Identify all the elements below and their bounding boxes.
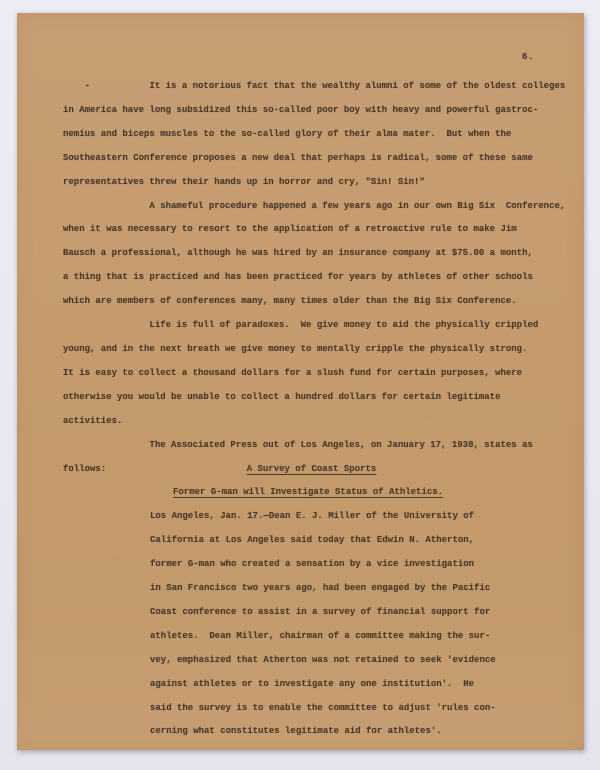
follows-label: follows: <box>63 458 106 482</box>
page-number: 6. <box>522 51 534 63</box>
ap-quote-block: Los Angeles, Jan. 17.—Dean E. J. Miller … <box>150 505 560 744</box>
paragraph-paradoxes: Life is full of paradoxes. We give money… <box>63 314 560 434</box>
survey-heading-row: follows: A Survey of Coast Sports <box>63 458 560 482</box>
document-body: - It is a notorious fact that the wealth… <box>63 75 560 744</box>
gman-heading-row: Former G-man will Investigate Status of … <box>173 481 560 505</box>
ap-intro-line: The Associated Press out of Los Angeles,… <box>63 434 560 458</box>
scanner-background: 6. - It is a notorious fact that the wea… <box>0 0 600 770</box>
survey-heading: A Survey of Coast Sports <box>247 458 377 482</box>
document-page: 6. - It is a notorious fact that the wea… <box>17 13 584 750</box>
gman-heading: Former G-man will Investigate Status of … <box>173 487 443 497</box>
paragraph-big-six-conference: A shameful procedure happened a few year… <box>63 195 560 315</box>
paragraph-alumni-subsidy: - It is a notorious fact that the wealth… <box>63 75 560 195</box>
